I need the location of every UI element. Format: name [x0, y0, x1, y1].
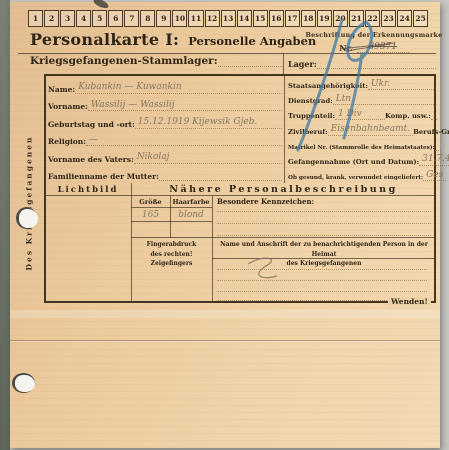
field-row: Dienstgrad:Ltn [288, 90, 434, 105]
field-label: Truppenteil: [288, 112, 335, 120]
field-label: Vorname: [48, 102, 88, 111]
field-row: Gefangennahme (Ort und Datum):31.7.43 Mi… [288, 151, 434, 166]
field-row: Familienname der Mutter: [48, 164, 282, 182]
stammlager-value [218, 56, 283, 67]
strip-number: 5 [92, 10, 107, 27]
field-row: Matrikel Nr. (Stammrolle des Heimatstaat… [288, 136, 434, 151]
field-label: Geburtstag und -ort: [48, 120, 135, 129]
lager-row: Lager: [288, 58, 436, 69]
write-line [217, 210, 431, 212]
field-label: Vorname des Vaters: [48, 155, 134, 164]
write-line [217, 268, 427, 270]
tag-block: Beschriftung der Erkennungsmarke Nr. 393… [303, 32, 445, 53]
fingerprint-header: Fingerabdruck des rechten! Zeigefingers [131, 240, 212, 269]
rule-line [131, 237, 436, 238]
strip-number: 13 [221, 10, 236, 27]
strip-number: 3 [60, 10, 75, 27]
field-row: Vorname:Wassilij — Wassilij [48, 94, 282, 112]
ink-smudge [92, 0, 109, 10]
field-value: Wassilij — Wassilij [88, 101, 282, 111]
write-line [217, 290, 427, 292]
field-label: Dienstgrad: [288, 97, 333, 105]
column-divider [284, 74, 285, 183]
stammlager-label: Kriegsgefangenen-Stammlager: [30, 55, 218, 67]
field-label: Ob gesund, krank, verwundet eingeliefert… [288, 175, 423, 181]
strip-number: 25 [413, 10, 428, 27]
turn-over-label: Wenden! [388, 297, 431, 306]
field-value: Kubankin — Kuwankin [75, 83, 282, 93]
personal-fields-left: Name:Kubankin — Kuwankin Vorname:Wassili… [48, 76, 282, 181]
notify-person-header: Name und Anschrift der zu benachrichtige… [216, 240, 432, 269]
stammlager-row: Kriegsgefangenen-Stammlager: [30, 55, 283, 67]
strip-number: 2 [44, 10, 59, 27]
field-value: Ges [423, 171, 446, 181]
description-header: Nähere Personalbeschreibung [131, 184, 436, 195]
strip-number: 6 [108, 10, 123, 27]
field-label: Name: [48, 85, 75, 94]
field-row: Staatsangehörigkeit:Ukr. [288, 75, 434, 90]
tag-caption: Beschriftung der Erkennungsmarke [303, 32, 445, 39]
write-line [217, 234, 431, 236]
divider-line [283, 53, 284, 74]
personalkarte-card: 1234567891011121314151617181920212223242… [10, 2, 440, 448]
rule-line [131, 207, 212, 208]
field-label: Gefangennahme (Ort und Datum): [288, 158, 419, 166]
strip-number: 11 [188, 10, 203, 27]
field-value [435, 150, 441, 151]
strip-number: 8 [140, 10, 155, 27]
card-title-row: Personalkarte I: Personelle Angaben [30, 30, 316, 49]
strip-number: 9 [156, 10, 171, 27]
field-label: Komp. usw.: [385, 112, 431, 120]
write-line [217, 222, 431, 224]
field-value: — [86, 136, 282, 146]
notify-header-line1: Name und Anschrift der zu benachrichtige… [220, 241, 428, 258]
hair-column-header: Haarfarbe [170, 198, 212, 206]
field-value: 15.12.1919 Kijewsik Gjeb. [135, 118, 282, 128]
special-marks-label: Besondere Kennzeichen: [217, 197, 314, 206]
field-row: Zivilberuf:Eisenbahnbeamt.Berufs-Gr.:25 [288, 120, 434, 135]
number-strip: 1234567891011121314151617181920212223242… [28, 10, 428, 27]
field-value: Ltn [333, 95, 434, 105]
field-row: Vorname des Vaters:Nikolaj [48, 146, 282, 164]
strip-number: 23 [381, 10, 396, 27]
field-row: Name:Kubankin — Kuwankin [48, 76, 282, 94]
nr-value-struck: 39371 [357, 42, 409, 53]
lager-label: Lager: [288, 59, 317, 69]
military-fields-right: Staatsangehörigkeit:Ukr. Dienstgrad:Ltn … [288, 75, 434, 181]
strip-number: 20 [333, 10, 348, 27]
card-title: Personalkarte I: [30, 30, 179, 49]
lager-value [317, 58, 436, 69]
strip-number: 21 [349, 10, 364, 27]
fingerprint-header-line2: des rechten! Zeigefingers [150, 251, 192, 268]
field-value: 31.7.43 Miuss [419, 155, 449, 165]
strip-number: 16 [269, 10, 284, 27]
field-row: Geburtstag und -ort:15.12.1919 Kijewsik … [48, 111, 282, 129]
field-row: Ob gesund, krank, verwundet eingeliefert… [288, 166, 434, 181]
strip-number: 7 [124, 10, 139, 27]
strip-number: 1 [28, 10, 43, 27]
rule-line [131, 221, 212, 222]
fingerprint-header-line1: Fingerabdruck [147, 241, 197, 248]
card-subtitle: Personelle Angaben [188, 34, 316, 48]
hair-value: blond [170, 210, 212, 220]
field-value [159, 180, 282, 181]
field-value: 1 Div [335, 110, 385, 120]
field-value: Eisenbahnbeamt. [328, 125, 413, 135]
nr-label: Nr. [339, 43, 353, 53]
field-label: Berufs-Gr.: [413, 128, 449, 136]
scanned-document-page: { "colors": { "card": "#eccfa5", "ink": … [0, 0, 449, 450]
strip-number: 10 [172, 10, 187, 27]
strip-number: 14 [237, 10, 252, 27]
photo-box-label: Lichtbild [44, 185, 132, 195]
margin-owner-text: Des Kriegsgefangenen [25, 136, 34, 271]
rule-line [44, 195, 436, 196]
rule-line [212, 258, 436, 259]
fold-crease [10, 340, 440, 342]
field-label: Zivilberuf: [288, 128, 328, 136]
write-line [217, 279, 427, 281]
size-value: 165 [131, 210, 170, 220]
scanner-edge [0, 0, 10, 450]
strip-number: 18 [301, 10, 316, 27]
strip-number: 19 [317, 10, 332, 27]
field-value: Nikolaj [134, 153, 282, 163]
field-value: Ukr. [368, 80, 434, 90]
tag-number-row: Nr. 39371 [303, 42, 445, 53]
rule-line [18, 53, 436, 54]
strip-number: 15 [253, 10, 268, 27]
fold-highlight [10, 310, 440, 318]
size-column-header: Größe [131, 198, 170, 206]
field-label: Staatsangehörigkeit: [288, 82, 368, 90]
fingerprint-box-divider [212, 195, 213, 303]
strip-number: 24 [397, 10, 412, 27]
field-label: Religion: [48, 137, 86, 146]
punch-hole [19, 209, 38, 228]
strip-number: 17 [285, 10, 300, 27]
strip-number: 4 [76, 10, 91, 27]
strip-number: 22 [365, 10, 380, 27]
notify-header-line2: des Kriegsgefangenen [287, 260, 362, 267]
field-label: Familienname der Mutter: [48, 172, 159, 181]
punch-hole [15, 375, 35, 392]
field-row: Truppenteil:1 DivKomp. usw.: [288, 105, 434, 120]
field-row: Religion:— [48, 129, 282, 147]
strip-number: 12 [205, 10, 220, 27]
